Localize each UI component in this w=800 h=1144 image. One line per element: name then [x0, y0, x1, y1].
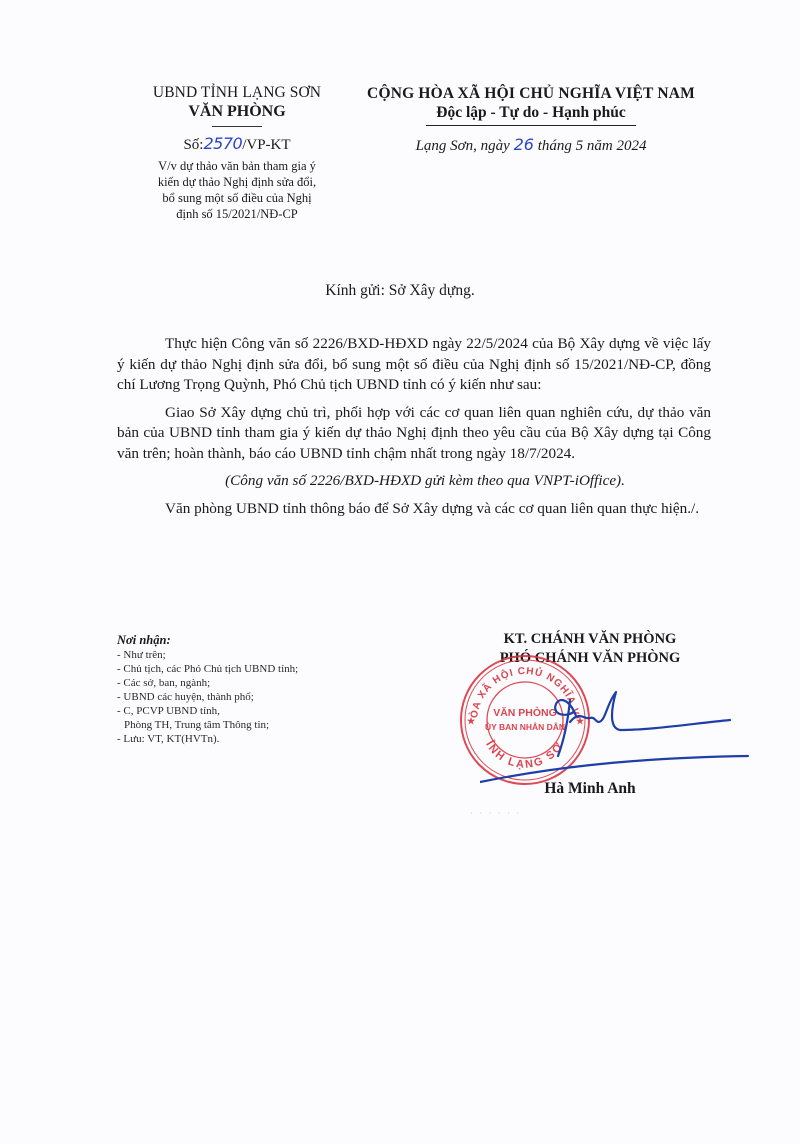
issuer-header: UBND TỈNH LẠNG SƠN VĂN PHÒNG Số:2570/VP-… — [118, 84, 356, 222]
distribution-item: - UBND các huyện, thành phố; — [117, 690, 387, 704]
distribution-list: Nơi nhận: - Như trên; - Chủ tịch, các Ph… — [117, 633, 387, 746]
signer-name: Hà Minh Anh — [450, 780, 730, 798]
subject-line: V/v dự thảo văn bản tham gia ý — [118, 158, 356, 174]
document-number-handwritten: 2570 — [203, 134, 242, 153]
signer-title-primary: KT. CHÁNH VĂN PHÒNG — [450, 630, 730, 649]
body-paragraph: Giao Sở Xây dựng chủ trì, phối hợp với c… — [117, 403, 711, 465]
national-motto: Độc lập - Tự do - Hạnh phúc — [352, 103, 710, 122]
body-paragraph: Thực hiện Công văn số 2226/BXD-HĐXD ngày… — [117, 334, 711, 396]
date-suffix: tháng 5 năm 2024 — [538, 138, 647, 154]
issuer-office: VĂN PHÒNG — [118, 102, 356, 121]
handwritten-signature-icon — [480, 670, 750, 790]
date-day-handwritten: 26 — [514, 135, 534, 154]
distribution-item: - Lưu: VT, KT(HVTn). — [117, 732, 387, 746]
distribution-item: - Chủ tịch, các Phó Chủ tịch UBND tỉnh; — [117, 662, 387, 676]
distribution-title: Nơi nhận: — [117, 633, 387, 648]
distribution-item: - Các sở, ban, ngành; — [117, 676, 387, 690]
national-header: CỘNG HÒA XÃ HỘI CHỦ NGHĨA VIỆT NAM Độc l… — [352, 84, 710, 155]
issuer-authority: UBND TỈNH LẠNG SƠN — [118, 84, 356, 102]
document-body: Thực hiện Công văn số 2226/BXD-HĐXD ngày… — [117, 334, 711, 526]
document-number-suffix: /VP-KT — [242, 137, 290, 153]
subject-line: định số 15/2021/NĐ-CP — [118, 206, 356, 222]
document-date: Lạng Sơn, ngày 26 tháng 5 năm 2024 — [352, 136, 710, 155]
subject-line: kiến dự thảo Nghị định sửa đổi, — [118, 174, 356, 190]
subject-line: bổ sung một số điều của Nghị — [118, 190, 356, 206]
distribution-item: - Như trên; — [117, 648, 387, 662]
document-subject: V/v dự thảo văn bản tham gia ý kiến dự t… — [118, 158, 356, 222]
distribution-item: Phòng TH, Trung tâm Thông tin; — [117, 718, 387, 732]
date-prefix: Lạng Sơn, ngày — [416, 138, 510, 154]
document-number: Số:2570/VP-KT — [118, 135, 356, 154]
motto-underline — [426, 125, 636, 126]
issuer-underline — [212, 126, 262, 127]
closing-paragraph: Văn phòng UBND tỉnh thông báo để Sở Xây … — [117, 499, 711, 520]
nation-name: CỘNG HÒA XÃ HỘI CHỦ NGHĨA VIỆT NAM — [352, 84, 710, 103]
scan-bleed-mark: · · · · · · — [470, 808, 521, 818]
document-number-prefix: Số: — [183, 137, 203, 153]
svg-text:★: ★ — [467, 716, 476, 726]
distribution-item: - C, PCVP UBND tỉnh, — [117, 704, 387, 718]
recipient-line: Kính gửi: Sở Xây dựng. — [0, 282, 800, 300]
attachment-note: (Công văn số 2226/BXD-HĐXD gửi kèm theo … — [117, 471, 711, 492]
